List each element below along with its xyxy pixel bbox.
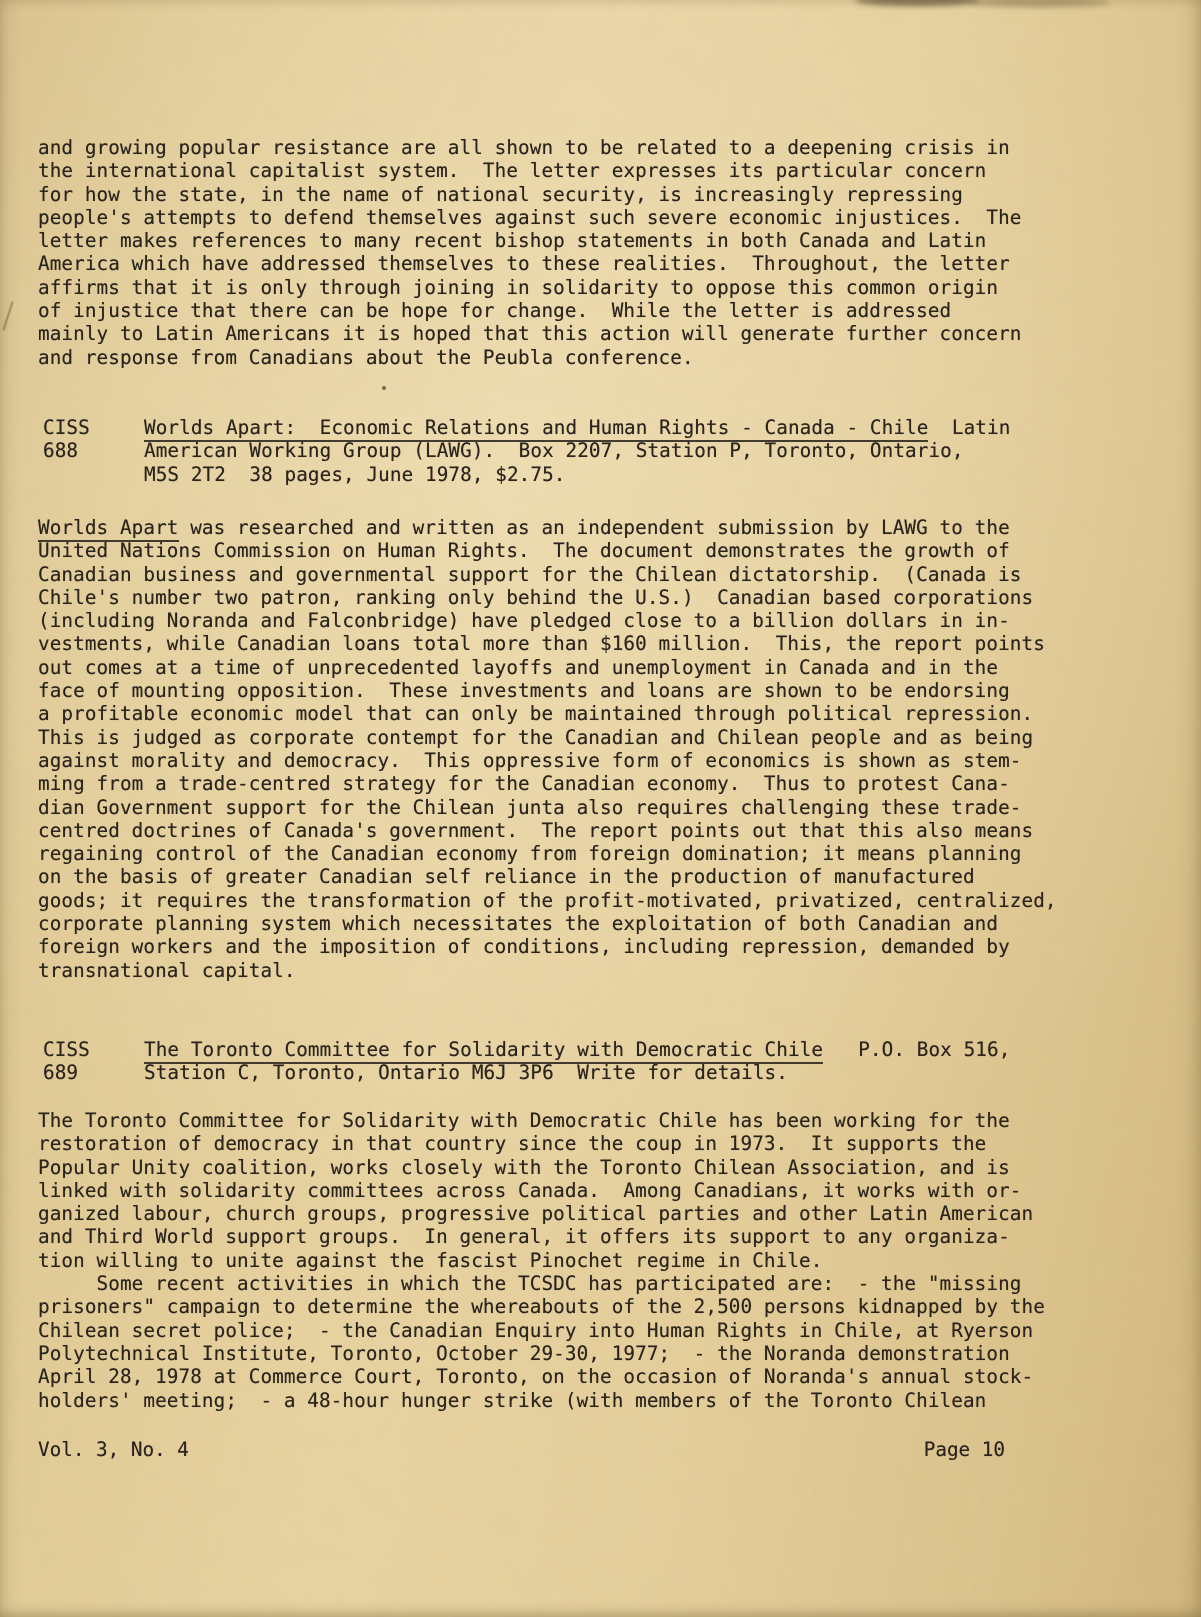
scan-smudge [855,0,980,6]
entry-number: 689 [43,1061,144,1084]
paper-speck [382,386,386,390]
entry-label: CISS688 [43,416,144,486]
catalog-entry-689: CISS689 The Toronto Committee for Solida… [43,1038,1010,1085]
review-paragraph-688: Worlds Apart was researched and written … [38,516,1057,982]
entry-number: 688 [43,439,144,462]
entry-heading: The Toronto Committee for Solidarity wit… [144,1038,1010,1085]
entry-title: Worlds Apart: Economic Relations and Hum… [144,416,928,442]
entry-heading: Worlds Apart: Economic Relations and Hum… [144,416,1010,486]
entry-catalog-code: CISS [43,416,144,439]
entry-title: The Toronto Committee for Solidarity wit… [144,1038,823,1064]
page-number: Page 10 [924,1438,1005,1461]
volume-label: Vol. 3, No. 4 [38,1438,189,1461]
pen-mark [2,301,13,330]
page-footer: Vol. 3, No. 4 Page 10 [38,1438,1005,1461]
document-page: and growing popular resistance are all s… [0,0,1201,1617]
review-paragraph-689: The Toronto Committee for Solidarity wit… [38,1109,1045,1412]
intro-paragraph: and growing popular resistance are all s… [38,136,1022,369]
review-lead-underlined: Worlds Apart [38,516,179,542]
entry-catalog-code: CISS [43,1038,144,1061]
scan-smudge [970,0,1110,7]
catalog-entry-688: CISS688 Worlds Apart: Economic Relations… [43,416,1010,486]
entry-label: CISS689 [43,1038,144,1085]
review-body: was researched and written as an indepen… [38,516,1057,982]
